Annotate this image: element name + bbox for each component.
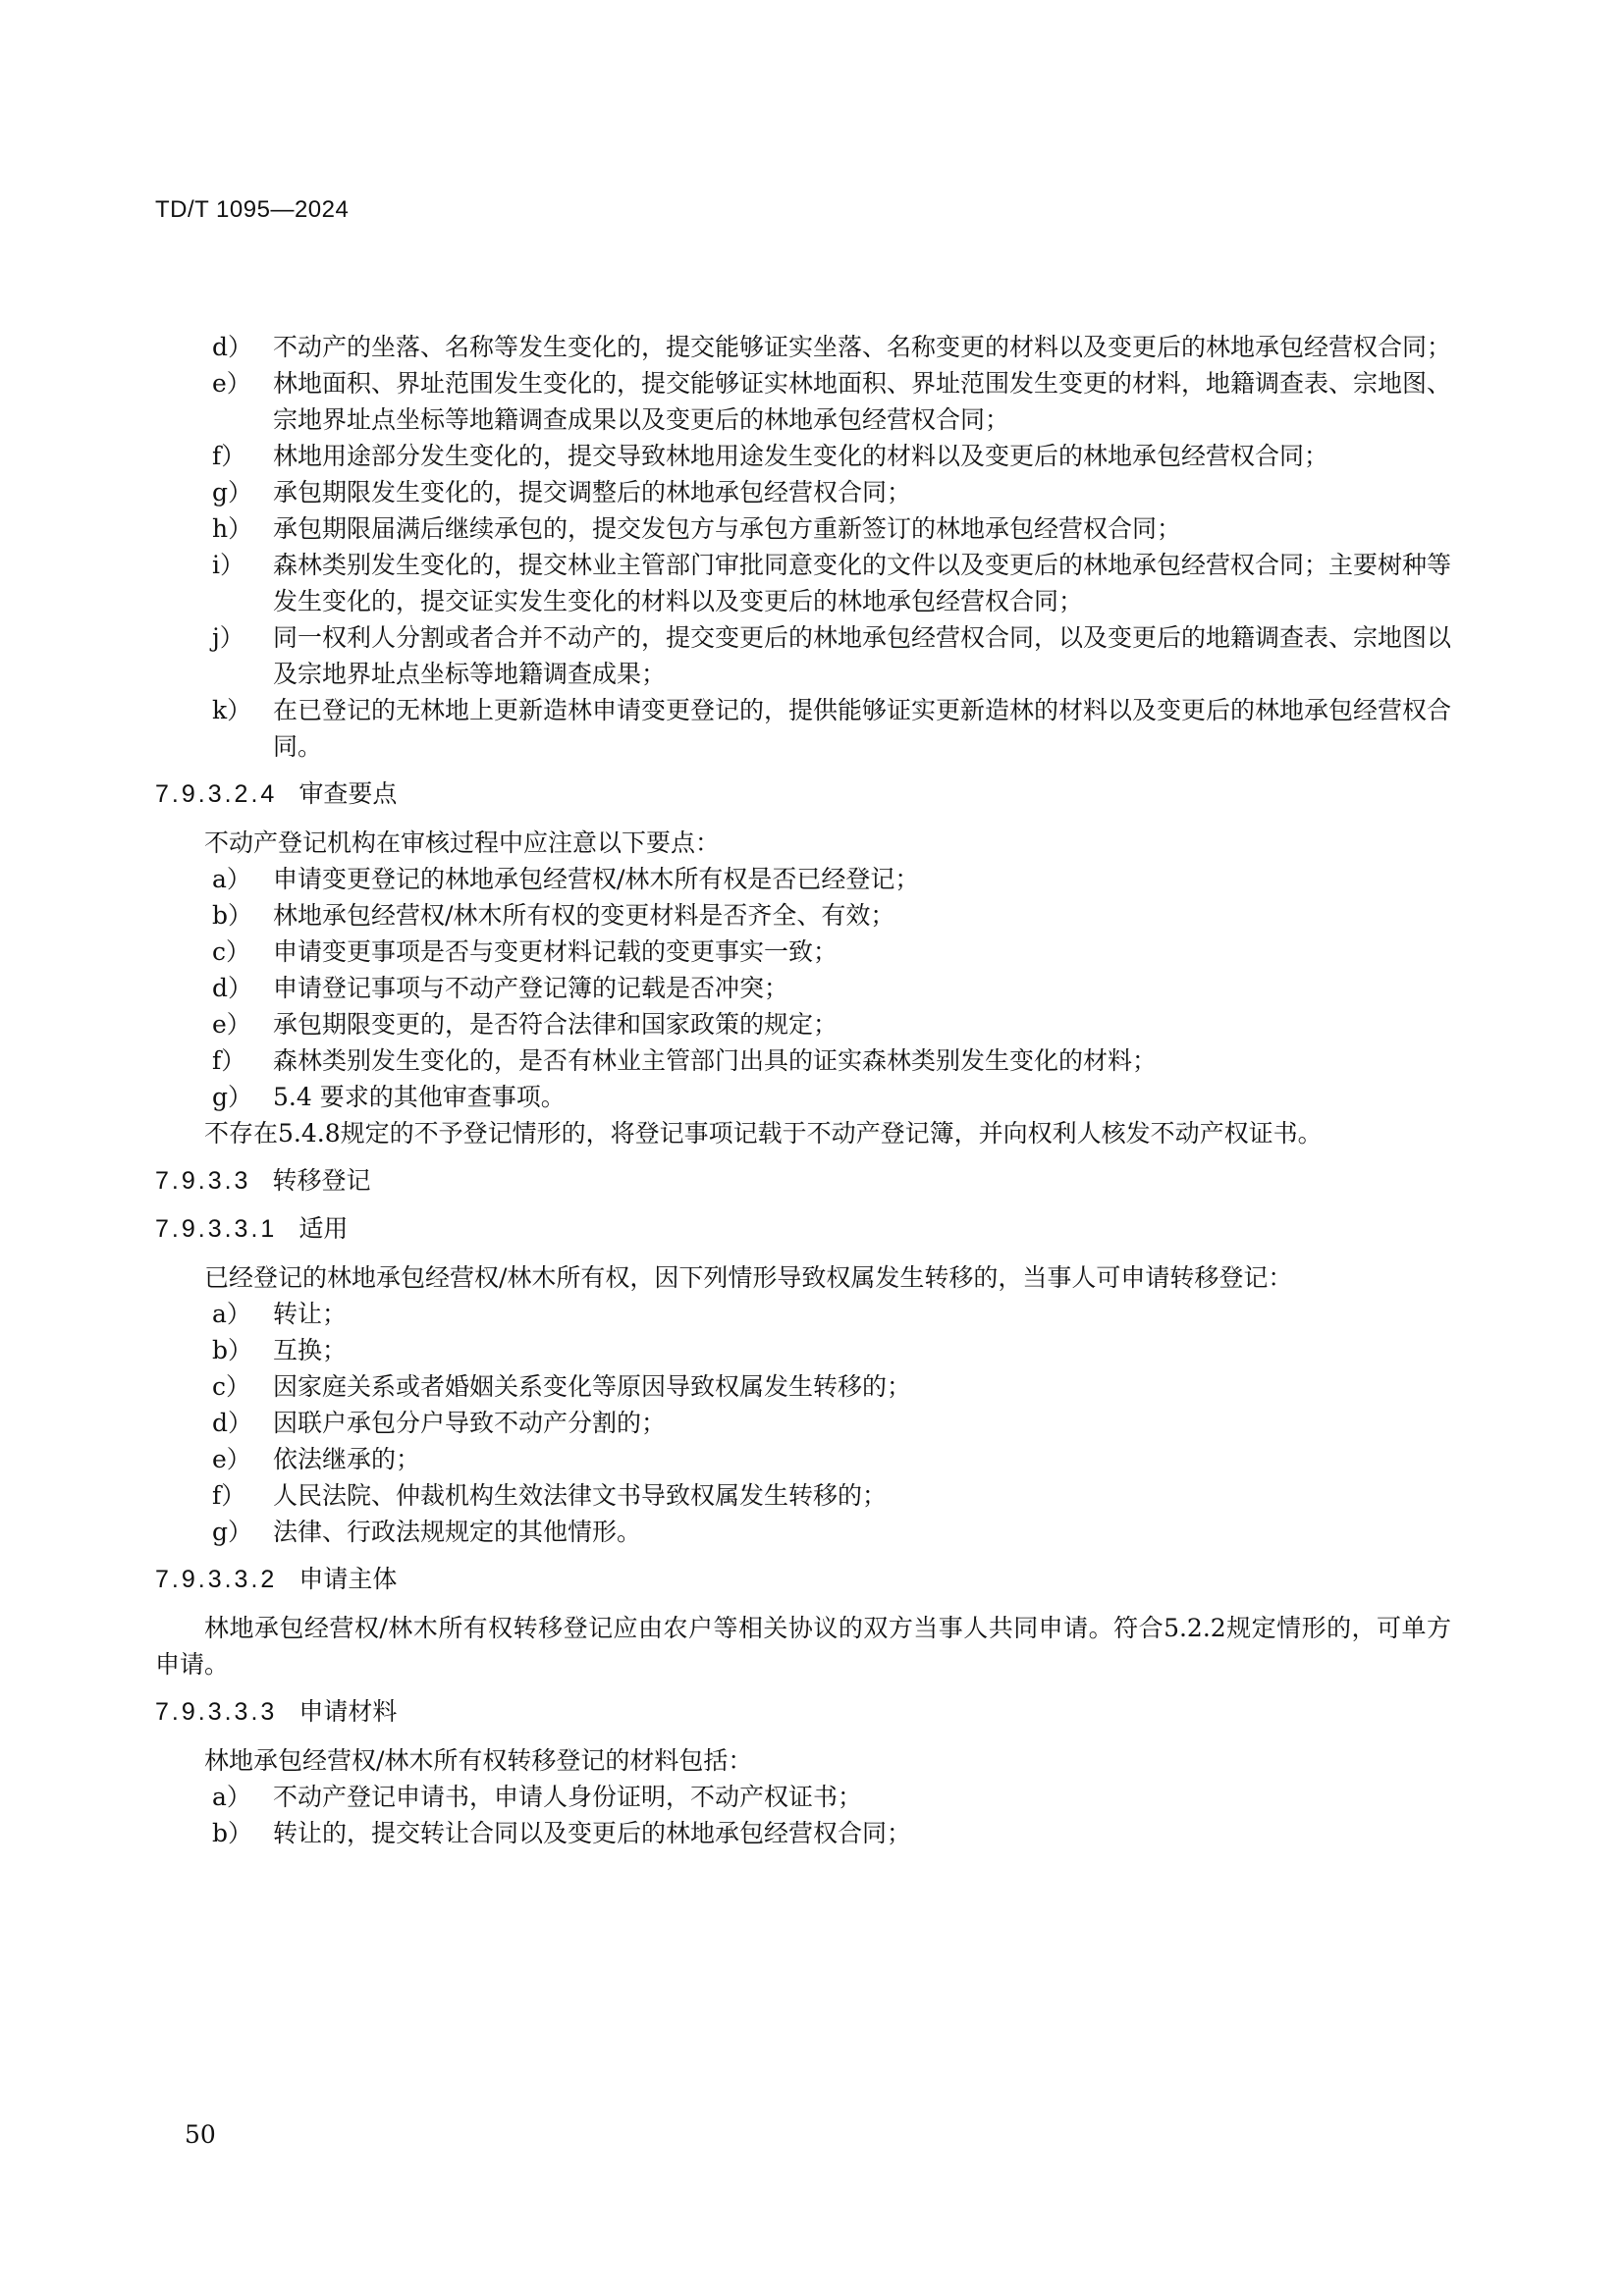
list-item: c）因家庭关系或者婚姻关系变化等原因导致权属发生转移的； — [155, 1368, 1451, 1405]
list-text: 互换； — [273, 1332, 1451, 1368]
list-item: i）森林类别发生变化的，提交林业主管部门审批同意变化的文件以及变更后的林地承包经… — [155, 547, 1451, 619]
list-item: c）申请变更事项是否与变更材料记载的变更事实一致； — [155, 934, 1451, 970]
list-item: a）转让； — [155, 1296, 1451, 1332]
list-text: 林地用途部分发生变化的，提交导致林地用途发生变化的材料以及变更后的林地承包经营权… — [273, 438, 1451, 474]
page-number: 50 — [185, 2120, 216, 2149]
list-label: d） — [212, 329, 252, 365]
list-label: c） — [212, 934, 250, 970]
list-item: b）林地承包经营权/林木所有权的变更材料是否齐全、有效； — [155, 897, 1451, 934]
list-text: 森林类别发生变化的，是否有林业主管部门出具的证实森林类别发生变化的材料； — [273, 1042, 1451, 1079]
list-label: a） — [212, 1779, 251, 1815]
section-title: 适用 — [298, 1215, 348, 1243]
list-label: b） — [212, 1815, 252, 1851]
section-heading: 7.9.3.3.3申请材料 — [155, 1694, 1451, 1731]
list-text: 因家庭关系或者婚姻关系变化等原因导致权属发生转移的； — [273, 1368, 1451, 1405]
list-text: 承包期限变更的，是否符合法律和国家政策的规定； — [273, 1006, 1451, 1042]
list-text: 申请变更事项是否与变更材料记载的变更事实一致； — [273, 934, 1451, 970]
list-text: 申请登记事项与不动产登记簿的记载是否冲突； — [273, 970, 1451, 1006]
list-item: j）同一权利人分割或者合并不动产的，提交变更后的林地承包经营权合同，以及变更后的… — [155, 619, 1451, 692]
list-text: 依法继承的； — [273, 1441, 1451, 1477]
change-materials-list: d）不动产的坐落、名称等发生变化的，提交能够证实坐落、名称变更的材料以及变更后的… — [155, 329, 1451, 765]
list-label: c） — [212, 1368, 250, 1405]
list-item: e）依法继承的； — [155, 1441, 1451, 1477]
list-item: a）不动产登记申请书，申请人身份证明，不动产权证书； — [155, 1779, 1451, 1815]
list-item: g）法律、行政法规规定的其他情形。 — [155, 1514, 1451, 1550]
list-label: d） — [212, 1405, 252, 1441]
list-item: f）人民法院、仲裁机构生效法律文书导致权属发生转移的； — [155, 1477, 1451, 1514]
paragraph: 不动产登记机构在审核过程中应注意以下要点： — [155, 825, 1451, 861]
list-item: a）申请变更登记的林地承包经营权/林木所有权是否已经登记； — [155, 861, 1451, 897]
paragraph: 不存在5.4.8规定的不予登记情形的，将登记事项记载于不动产登记簿，并向权利人核… — [155, 1115, 1451, 1151]
list-label: h） — [212, 510, 252, 547]
list-item: f）林地用途部分发生变化的，提交导致林地用途发生变化的材料以及变更后的林地承包经… — [155, 438, 1451, 474]
section-title: 审查要点 — [298, 780, 397, 808]
list-text: 承包期限发生变化的，提交调整后的林地承包经营权合同； — [273, 474, 1451, 510]
list-text: 不动产的坐落、名称等发生变化的，提交能够证实坐落、名称变更的材料以及变更后的林地… — [273, 329, 1451, 365]
list-text: 林地面积、界址范围发生变化的，提交能够证实林地面积、界址范围发生变更的材料，地籍… — [273, 365, 1451, 438]
list-item: b）转让的，提交转让合同以及变更后的林地承包经营权合同； — [155, 1815, 1451, 1851]
section-title: 申请材料 — [298, 1698, 397, 1726]
list-label: k） — [212, 692, 251, 728]
list-text: 人民法院、仲裁机构生效法律文书导致权属发生转移的； — [273, 1477, 1451, 1514]
section-number: 7.9.3.2.4 — [155, 776, 277, 813]
section-number: 7.9.3.3.3 — [155, 1694, 277, 1731]
list-label: f） — [212, 1477, 245, 1514]
section-heading: 7.9.3.3转移登记 — [155, 1163, 1451, 1200]
list-label: a） — [212, 861, 251, 897]
list-label: e） — [212, 1441, 251, 1477]
list-text: 因联户承包分户导致不动产分割的； — [273, 1405, 1451, 1441]
list-item: b）互换； — [155, 1332, 1451, 1368]
document-body: d）不动产的坐落、名称等发生变化的，提交能够证实坐落、名称变更的材料以及变更后的… — [155, 329, 1451, 1851]
list-label: a） — [212, 1296, 251, 1332]
list-label: d） — [212, 970, 252, 1006]
list-item: e）承包期限变更的，是否符合法律和国家政策的规定； — [155, 1006, 1451, 1042]
list-text: 在已登记的无林地上更新造林申请变更登记的，提供能够证实更新造林的材料以及变更后的… — [273, 692, 1451, 765]
list-text: 申请变更登记的林地承包经营权/林木所有权是否已经登记； — [273, 861, 1451, 897]
list-label: b） — [212, 897, 252, 934]
transfer-cases-list: a）转让； b）互换； c）因家庭关系或者婚姻关系变化等原因导致权属发生转移的；… — [155, 1296, 1451, 1550]
list-label: e） — [212, 1006, 251, 1042]
list-text: 同一权利人分割或者合并不动产的，提交变更后的林地承包经营权合同，以及变更后的地籍… — [273, 619, 1451, 692]
list-item: f）森林类别发生变化的，是否有林业主管部门出具的证实森林类别发生变化的材料； — [155, 1042, 1451, 1079]
paragraph: 林地承包经营权/林木所有权转移登记应由农户等相关协议的双方当事人共同申请。符合5… — [155, 1610, 1451, 1682]
section-number: 7.9.3.3 — [155, 1163, 250, 1200]
section-heading: 7.9.3.3.1适用 — [155, 1211, 1451, 1248]
list-label: f） — [212, 1042, 245, 1079]
list-text: 法律、行政法规规定的其他情形。 — [273, 1514, 1451, 1550]
list-label: j） — [212, 619, 244, 656]
list-label: b） — [212, 1332, 252, 1368]
section-title: 申请主体 — [298, 1566, 397, 1593]
list-text: 承包期限届满后继续承包的，提交发包方与承包方重新签订的林地承包经营权合同； — [273, 510, 1451, 547]
list-label: g） — [212, 474, 252, 510]
list-text: 林地承包经营权/林木所有权的变更材料是否齐全、有效； — [273, 897, 1451, 934]
paragraph: 已经登记的林地承包经营权/林木所有权，因下列情形导致权属发生转移的，当事人可申请… — [155, 1259, 1451, 1296]
list-text: 5.4 要求的其他审查事项。 — [273, 1079, 1451, 1115]
list-text: 不动产登记申请书，申请人身份证明，不动产权证书； — [273, 1779, 1451, 1815]
section-heading: 7.9.3.2.4审查要点 — [155, 776, 1451, 813]
section-number: 7.9.3.3.2 — [155, 1562, 277, 1598]
list-item: d）申请登记事项与不动产登记簿的记载是否冲突； — [155, 970, 1451, 1006]
list-label: f） — [212, 438, 245, 474]
document-page: TD/T 1095—2024 d）不动产的坐落、名称等发生变化的，提交能够证实坐… — [0, 0, 1624, 2296]
section-number: 7.9.3.3.1 — [155, 1211, 277, 1248]
list-label: g） — [212, 1514, 252, 1550]
transfer-materials-list: a）不动产登记申请书，申请人身份证明，不动产权证书； b）转让的，提交转让合同以… — [155, 1779, 1451, 1851]
list-label: g） — [212, 1079, 252, 1115]
list-item: h）承包期限届满后继续承包的，提交发包方与承包方重新签订的林地承包经营权合同； — [155, 510, 1451, 547]
paragraph: 林地承包经营权/林木所有权转移登记的材料包括： — [155, 1742, 1451, 1779]
list-item: g）承包期限发生变化的，提交调整后的林地承包经营权合同； — [155, 474, 1451, 510]
list-text: 转让的，提交转让合同以及变更后的林地承包经营权合同； — [273, 1815, 1451, 1851]
list-item: g）5.4 要求的其他审查事项。 — [155, 1079, 1451, 1115]
list-label: e） — [212, 365, 251, 401]
list-text: 森林类别发生变化的，提交林业主管部门审批同意变化的文件以及变更后的林地承包经营权… — [273, 547, 1451, 619]
list-item: d）不动产的坐落、名称等发生变化的，提交能够证实坐落、名称变更的材料以及变更后的… — [155, 329, 1451, 365]
list-item: k）在已登记的无林地上更新造林申请变更登记的，提供能够证实更新造林的材料以及变更… — [155, 692, 1451, 765]
list-label: i） — [212, 547, 244, 583]
list-item: e）林地面积、界址范围发生变化的，提交能够证实林地面积、界址范围发生变更的材料，… — [155, 365, 1451, 438]
document-code-header: TD/T 1095—2024 — [155, 196, 349, 224]
review-points-list: a）申请变更登记的林地承包经营权/林木所有权是否已经登记； b）林地承包经营权/… — [155, 861, 1451, 1115]
list-item: d）因联户承包分户导致不动产分割的； — [155, 1405, 1451, 1441]
section-title: 转移登记 — [272, 1167, 370, 1195]
list-text: 转让； — [273, 1296, 1451, 1332]
section-heading: 7.9.3.3.2申请主体 — [155, 1562, 1451, 1598]
